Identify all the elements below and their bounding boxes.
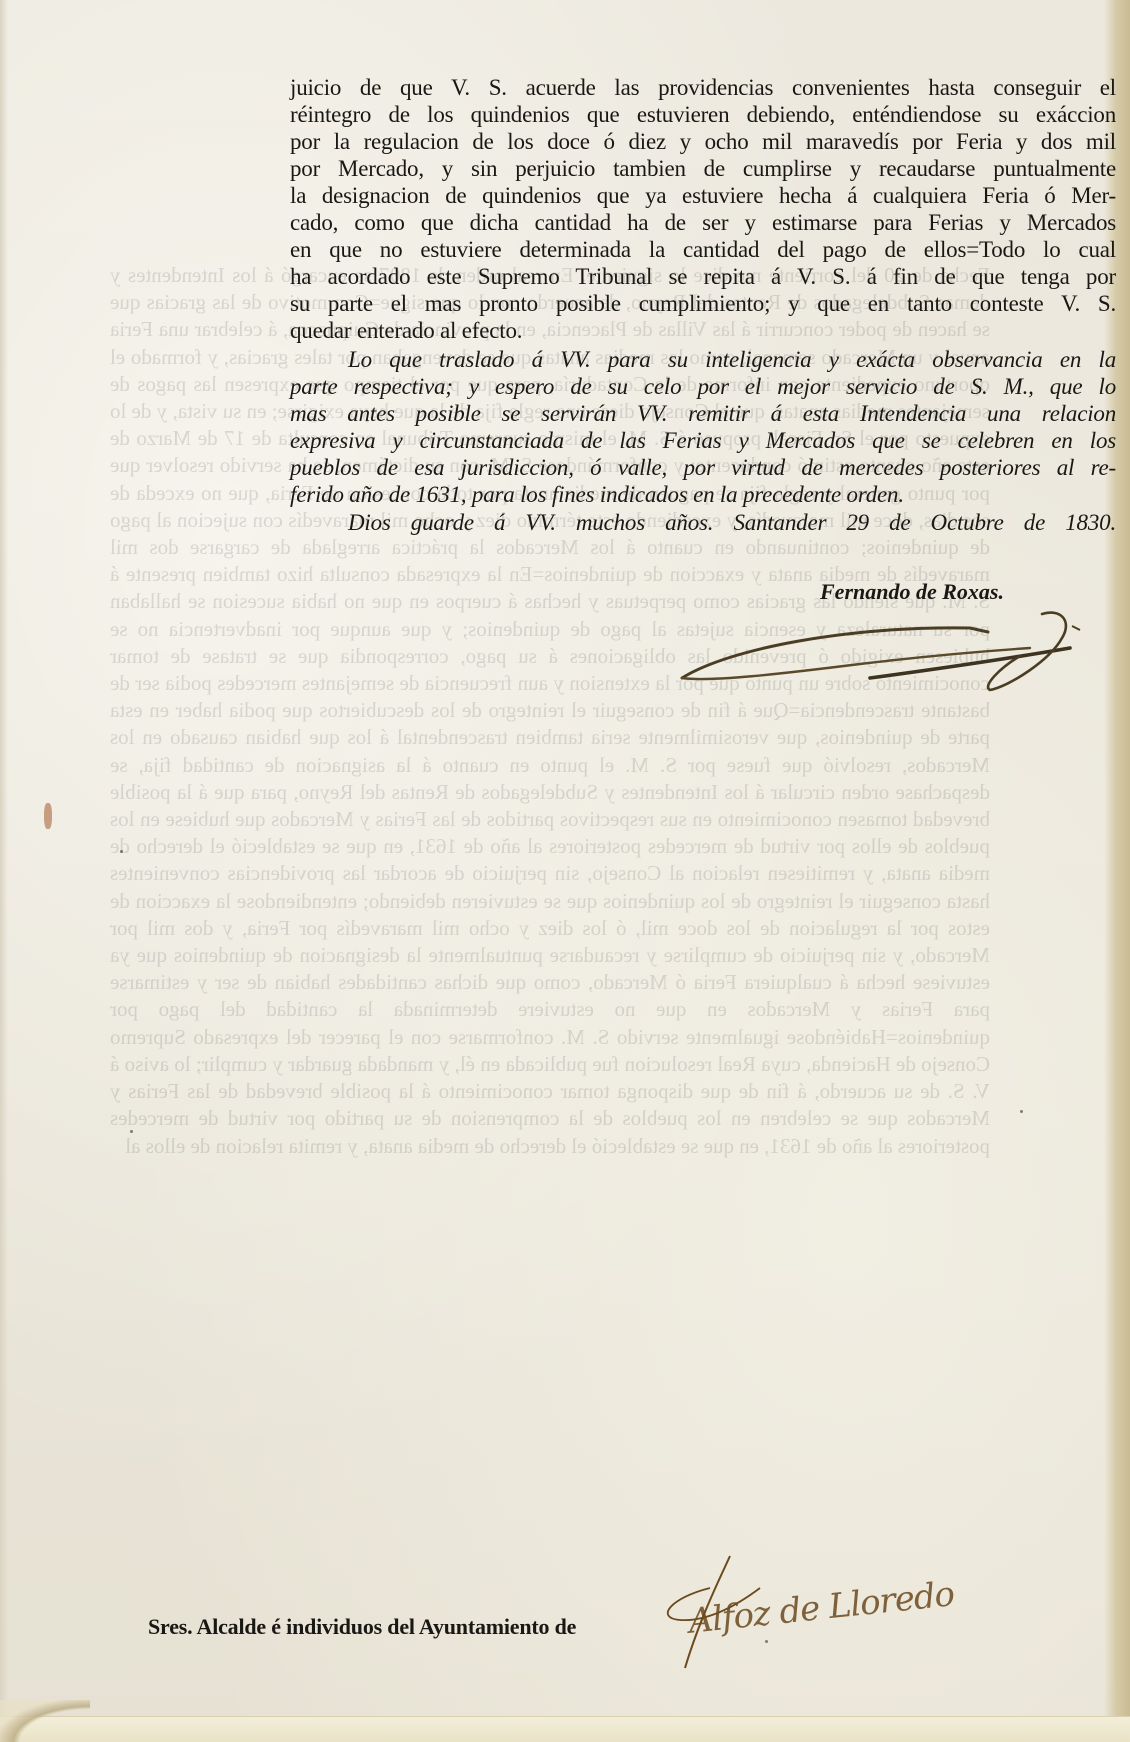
text-line: expresiva y circunstanciada de las Feria… bbox=[290, 427, 1116, 455]
text-line: quedar enterado al efecto. bbox=[290, 317, 1116, 345]
text-line: pueblos de esa jurisdiccion, ó valle, po… bbox=[290, 454, 1116, 482]
text-line: por Mercado, y sin perjuicio tambien de … bbox=[290, 155, 1116, 183]
text-line: su parte el mas pronto posible cumplimie… bbox=[290, 290, 1116, 318]
text-line: réintegro de los quindenios que estuvier… bbox=[290, 101, 1116, 129]
text-line: la designacion de quindenios que ya estu… bbox=[290, 182, 1116, 210]
text-line: ha acordado este Supremo Tribunal se rep… bbox=[290, 263, 1116, 291]
paper-corner-curl bbox=[0, 1700, 90, 1742]
paper-speck bbox=[765, 1640, 768, 1643]
paper-left-edge bbox=[0, 0, 8, 1742]
text-line: ferido año de 1631, para los fines indic… bbox=[290, 481, 1116, 509]
handwritten-place-name: Alfoz de Lloredo bbox=[650, 1548, 990, 1678]
text-line: por la regulacion de los doce ó diez y o… bbox=[290, 128, 1116, 156]
paper-speck bbox=[130, 1130, 133, 1133]
addressee-line: Sres. Alcalde é individuos del Ayuntamie… bbox=[148, 1614, 576, 1640]
signature-flourish-icon bbox=[670, 608, 1090, 693]
paper-stain bbox=[44, 803, 52, 829]
paper-speck bbox=[120, 850, 123, 853]
paper-speck bbox=[1020, 1110, 1023, 1113]
signer-name: Fernando de Roxas. bbox=[820, 579, 1004, 605]
text-line: cado, como que dicha cantidad ha de ser … bbox=[290, 209, 1116, 237]
text-line: juicio de que V. S. acuerde las providen… bbox=[290, 74, 1116, 102]
text-line: mas antes posible se servirán VV. remiti… bbox=[290, 400, 1116, 428]
paper-bottom-fold bbox=[0, 1716, 1130, 1742]
text-line: en que no estuviere determinada la canti… bbox=[290, 236, 1116, 264]
closing-line: Dios guarde á VV. muchos años. Santander… bbox=[348, 509, 1116, 537]
text-line: Lo que traslado á VV. para su inteligenc… bbox=[348, 346, 1116, 374]
text-line: parte respectiva; y espero de su celo po… bbox=[290, 373, 1116, 401]
